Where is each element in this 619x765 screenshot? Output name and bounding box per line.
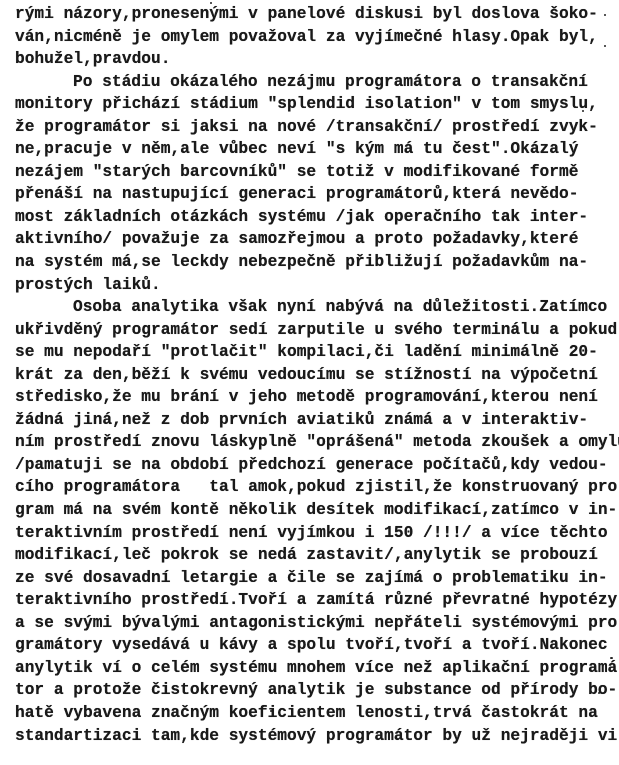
text-line: a se svými bývalými antagonistickými nep… (15, 612, 615, 635)
text-line: na systém má,se leckdy nebezpečně přibli… (15, 251, 615, 274)
text-line: cího programátora tal amok,pokud zjistil… (15, 476, 615, 499)
paragraph: Osoba analytika však nyní nabývá na důle… (15, 296, 615, 747)
text-line: modifikací,leč pokrok se nedá zastavit/,… (15, 544, 615, 567)
paragraph: Po stádiu okázalého nezájmu programátora… (15, 71, 615, 296)
scan-speck (604, 14, 606, 16)
text-line: ním prostředí znovu láskyplně "oprášená"… (15, 431, 615, 454)
text-line: anylytik ví o celém systému mnohem více … (15, 657, 615, 680)
text-line: ván,nicméně je omylem považoval za vyjím… (15, 26, 615, 49)
text-line: krát za den,běží k svému vedoucímu se st… (15, 364, 615, 387)
text-line: teraktivního prostředí.Tvoří a zamítá rů… (15, 589, 615, 612)
scan-speck (604, 45, 606, 47)
scan-speck (270, 710, 272, 712)
text-line: ukřivděný programátor sedí zarputile u s… (15, 319, 615, 342)
text-line: Osoba analytika však nyní nabývá na důle… (15, 296, 615, 319)
text-line: nezájem "starých barcovníků" se totiž v … (15, 161, 615, 184)
text-line: Po stádiu okázalého nezájmu programátora… (15, 71, 615, 94)
text-line: monitory přichází stádium "splendid isol… (15, 93, 615, 116)
text-line: standartizaci tam,kde systémový programá… (15, 725, 615, 748)
scan-speck (610, 657, 613, 659)
text-line: ne,pracuje v něm,ale vůbec neví "s kým m… (15, 138, 615, 161)
text-line: /pamatuji se na období předchozí generac… (15, 454, 615, 477)
text-line: žádná jiná,než z dob prvních aviatiků zn… (15, 409, 615, 432)
scan-speck (210, 2, 212, 4)
text-line: most základních otázkách systému /jak op… (15, 206, 615, 229)
text-line: že programátor si jaksi na nové /transak… (15, 116, 615, 139)
text-line: středisko,že mu brání v jeho metodě prog… (15, 386, 615, 409)
text-line: ze své dosavadní letargie a čile se zají… (15, 567, 615, 590)
text-line: hatě vybavena značným koeficientem lenos… (15, 702, 615, 725)
text-line: aktivního/ považuje za samozřejmou a pro… (15, 228, 615, 251)
scan-speck (598, 692, 600, 694)
scan-speck (582, 110, 584, 112)
text-line: přenáší na nastupující generaci programá… (15, 183, 615, 206)
text-line: bohužel,pravdou. (15, 48, 615, 71)
text-line: rými názory,pronesenými v panelové disku… (15, 3, 615, 26)
text-line: se mu nepodaří "protlačit" kompilaci,či … (15, 341, 615, 364)
text-line: teraktivním prostředí není vyjímkou i 15… (15, 522, 615, 545)
text-line: prostých laiků. (15, 274, 615, 297)
text-line: gramátory vysedává u kávy a spolu tvoří,… (15, 634, 615, 657)
text-line: gram má na svém kontě několik desítek mo… (15, 499, 615, 522)
paragraph: rými názory,pronesenými v panelové disku… (15, 3, 615, 71)
typewritten-page: rými názory,pronesenými v panelové disku… (15, 3, 615, 747)
text-line: tor a protože čistokrevný analytik je su… (15, 679, 615, 702)
